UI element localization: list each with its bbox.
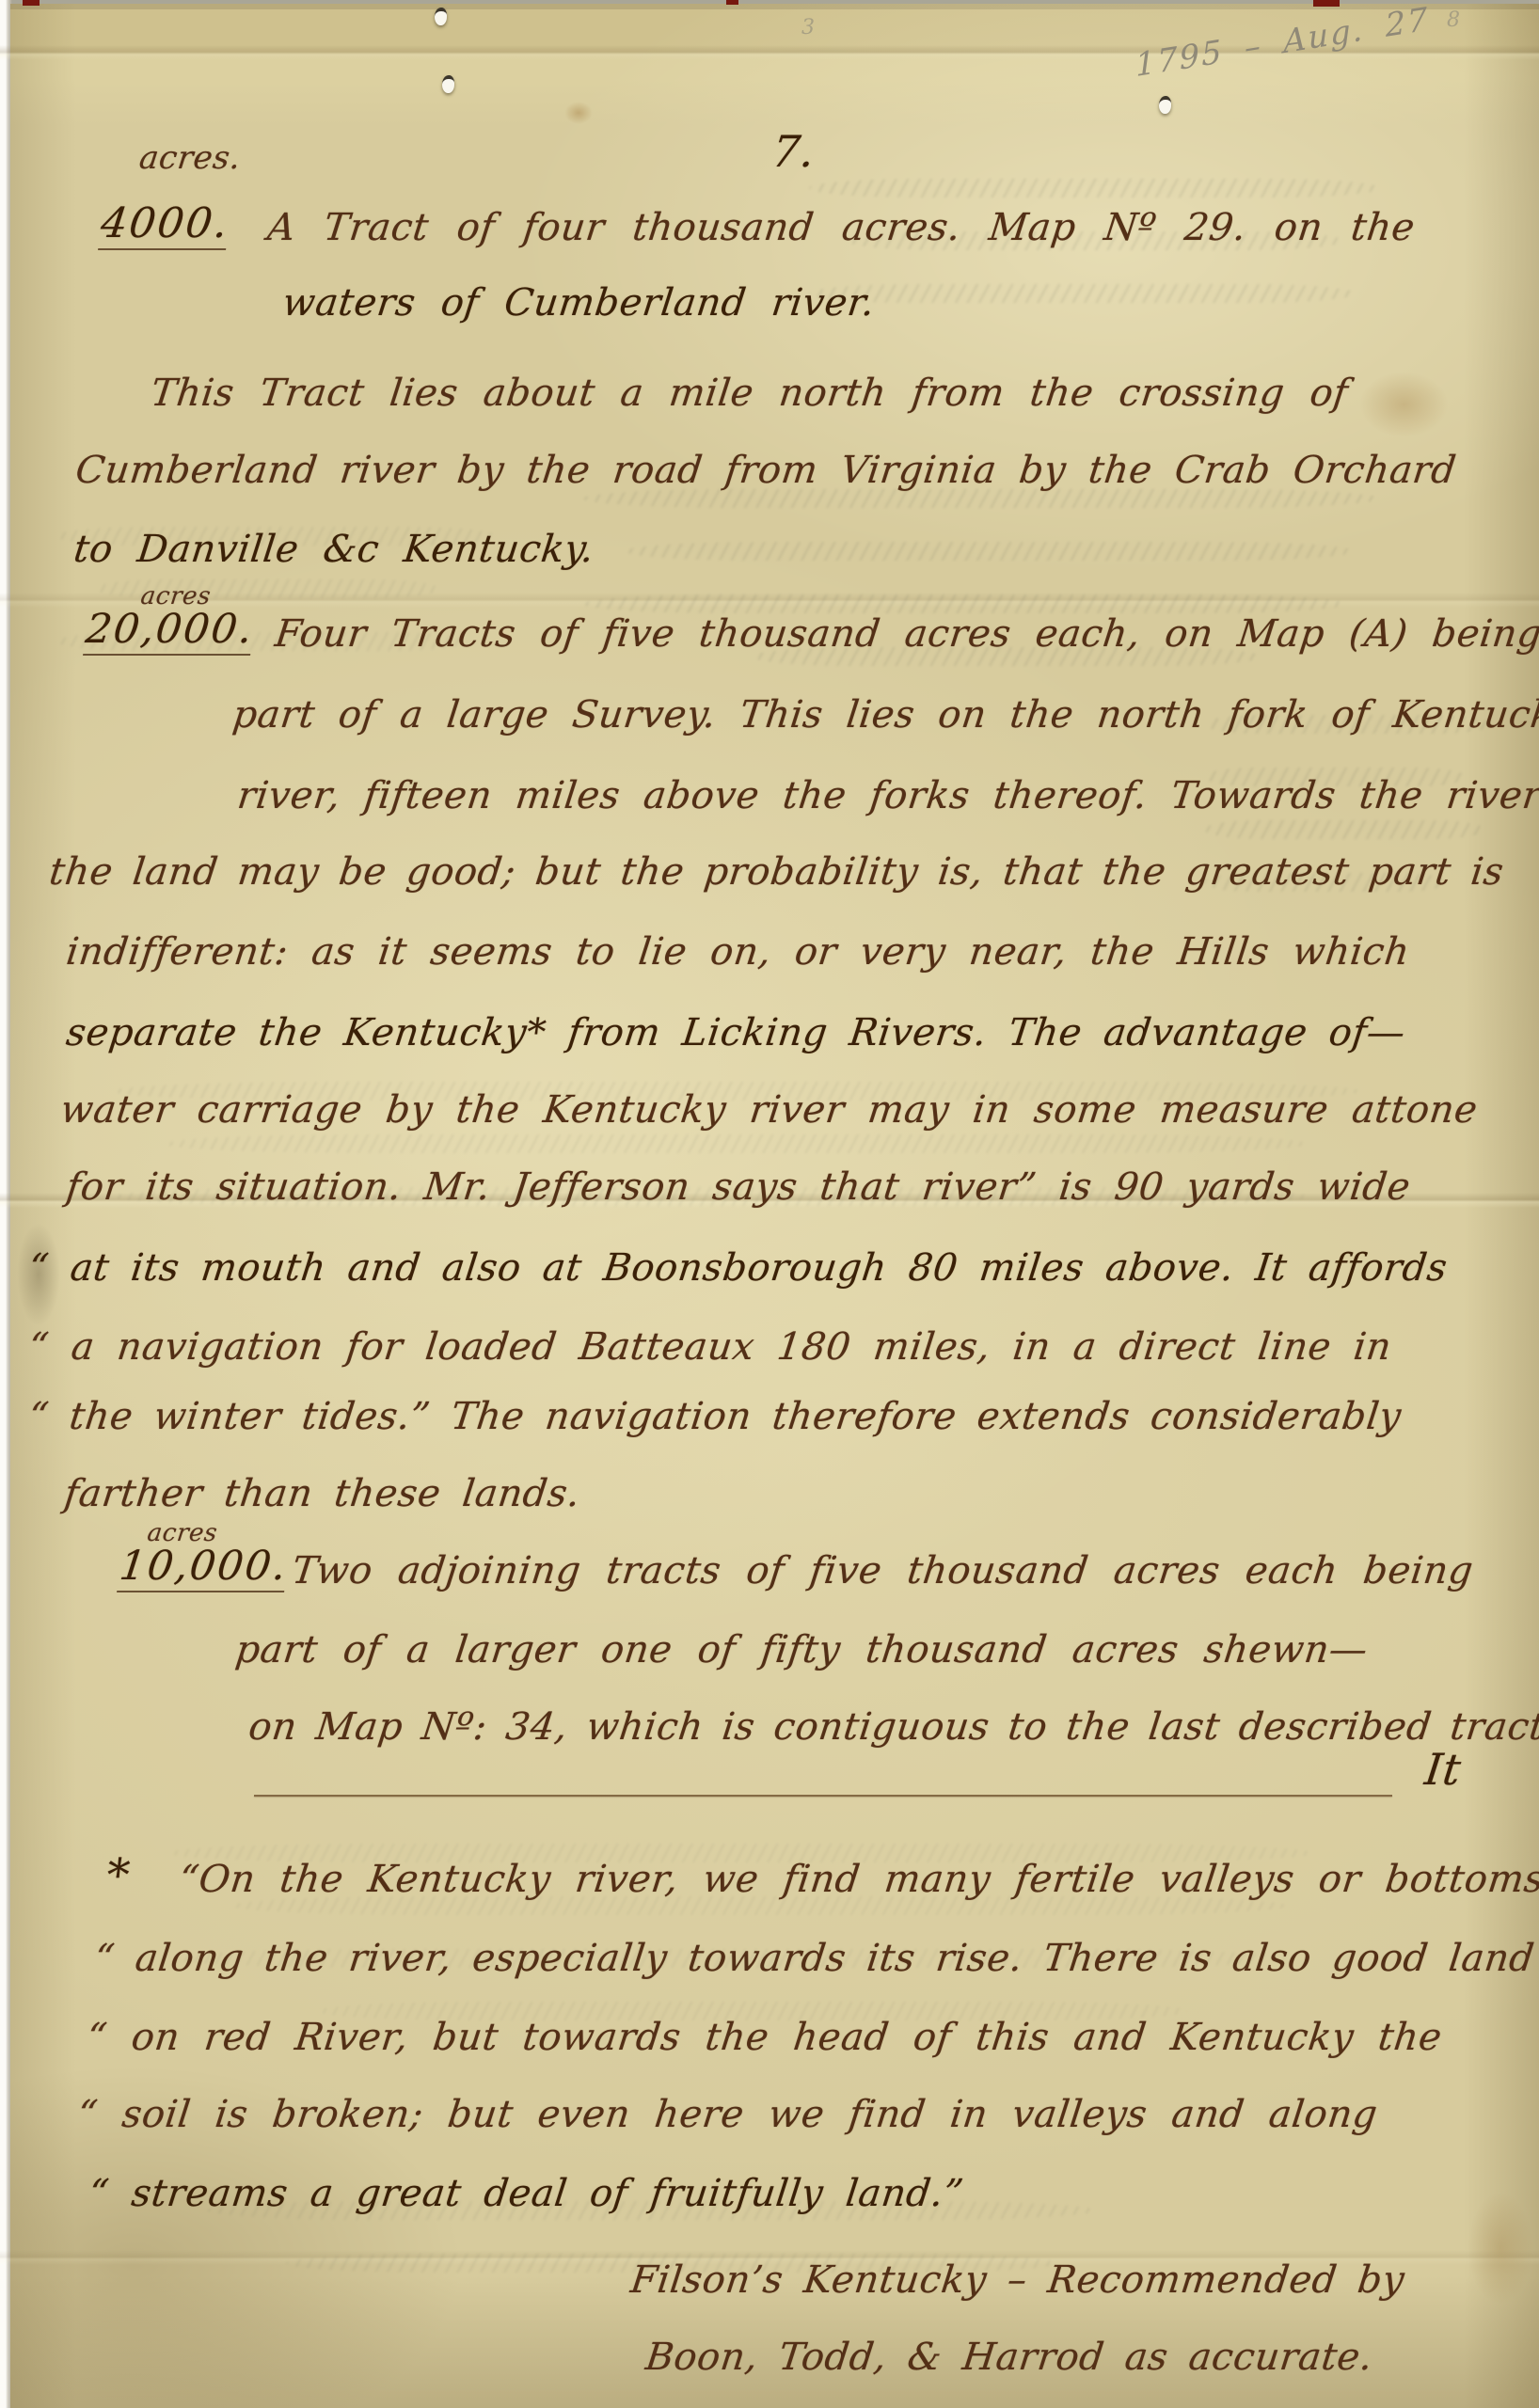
acres-column-header: acres. [137, 141, 243, 176]
manuscript-line: Cumberland river by the road from Virgin… [73, 450, 1459, 491]
pencil-faint-mark: 3 [801, 17, 816, 40]
pin-hole [1159, 96, 1171, 114]
binding-mark [726, 0, 738, 5]
manuscript-line: waters of Cumberland river. [280, 282, 877, 324]
footnote-rule [254, 1795, 1392, 1797]
pencil-faint-mark: 8 [1447, 9, 1461, 32]
manuscript-line: part of a larger one of fifty thousand a… [233, 1629, 1370, 1671]
binding-mark [1313, 0, 1340, 7]
manuscript-line: indifferent: as it seems to lie on, or v… [64, 931, 1412, 973]
footnote-line: “ soil is broken; but even here we find … [75, 2094, 1380, 2135]
binding-mark [23, 0, 40, 6]
manuscript-scan: 1795 – Aug. 27 3 8 acres. 7. 4000. A Tra… [0, 0, 1539, 2408]
catchword: It [1422, 1746, 1464, 1794]
manuscript-line: for its situation. Mr. Jefferson says th… [64, 1166, 1413, 1208]
manuscript-line: A Tract of four thousand acres. Map Nº 2… [265, 207, 1418, 248]
page-number: 7. [769, 128, 817, 176]
entry-amount: 20,000. [83, 608, 256, 656]
manuscript-line: river, fifteen miles above the forks the… [235, 775, 1539, 816]
manuscript-line: separate the Kentucky* from Licking Rive… [64, 1012, 1407, 1053]
pin-hole [435, 8, 447, 25]
entry-amount: 10,000. [117, 1545, 290, 1592]
manuscript-line: on Map Nº: 34, which is contiguous to th… [246, 1706, 1539, 1748]
footnote-line: “On the Kentucky river, we find many fer… [177, 1859, 1539, 1900]
manuscript-line: part of a large Survey. This lies on the… [230, 694, 1539, 736]
footnote-line: “ on red River, but towards the head of … [85, 2017, 1444, 2058]
manuscript-line: “ at its mouth and also at Boonsborough … [26, 1247, 1450, 1289]
manuscript-line: Four Tracts of five thousand acres each,… [273, 613, 1539, 655]
attribution-line: Filson’s Kentucky – Recommended by [628, 2259, 1407, 2301]
manuscript-line: This Tract lies about a mile north from … [149, 372, 1351, 414]
manuscript-line: the land may be good; but the probabilit… [47, 851, 1506, 893]
manuscript-line: farther than these lands. [62, 1473, 582, 1514]
manuscript-line: Two adjoining tracts of five thousand ac… [290, 1550, 1476, 1592]
manuscript-line: “ the winter tides.” The navigation ther… [26, 1396, 1404, 1437]
manuscript-line: to Danville &c Kentucky. [71, 529, 596, 570]
footnote-line: “ streams a great deal of fruitfully lan… [87, 2173, 966, 2214]
manuscript-line: water carriage by the Kentucky river may… [58, 1089, 1480, 1131]
pin-hole [442, 75, 454, 93]
entry-amount: 4000. [98, 201, 231, 250]
manuscript-line: “ a navigation for loaded Batteaux 180 m… [26, 1326, 1394, 1368]
footnote-line: “ along the river, especially towards it… [92, 1938, 1537, 1979]
attribution-line: Boon, Todd, & Harrod as accurate. [643, 2337, 1375, 2378]
